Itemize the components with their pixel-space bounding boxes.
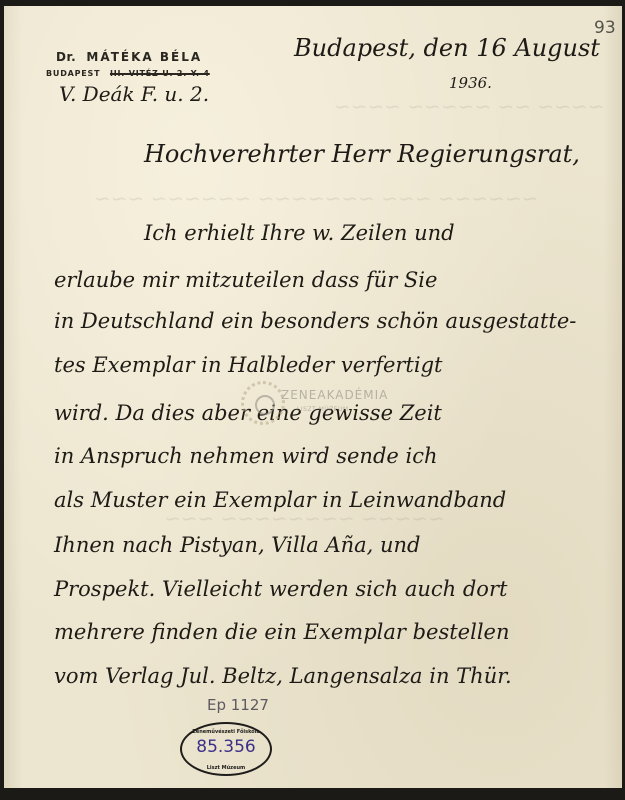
watermark-seal-icon [241,381,285,425]
salutation: Hochverehrter Herr Regierungsrat, [144,140,580,168]
watermark: ZENEAKADÉMIA LISZT MÚZEUM [241,381,401,431]
struck-address: III. VITÉZ U. 2. Y. 4 [110,69,210,78]
place-date: Budapest, den 16 August [294,34,600,62]
stamp-bottom-text: Liszt Múzeum [182,765,270,771]
body-line: als Muster ein Exemplar in Leinwandband [54,488,506,512]
handwritten-address: V. Deák F. u. 2. [59,82,209,106]
stamp-number: 85.356 [182,737,270,757]
body-line: erlaube mir mitzuteilen dass für Sie [54,268,437,292]
document-scan: ~~~~ ~~ ~~~~~ ~~~~ ~~~~~~ ~~~ ~~~~~~~ ~~… [0,0,625,800]
letterhead-name: Dr. MÁTÉKA BÉLA [56,50,202,64]
body-line: Prospekt. Vielleicht werden sich auch do… [54,577,507,601]
body-line: vom Verlag Jul. Beltz, Langensalza in Th… [54,664,512,688]
body-line: Ihnen nach Pistyan, Villa Aña, und [54,533,421,557]
stamp-top-text: Zeneművészeti Főiskola [182,729,270,735]
watermark-title: ZENEAKADÉMIA [281,388,388,402]
archive-pencil-reference: Ep 1127 [207,696,269,714]
body-line: Ich erhielt Ihre w. Zeilen und [144,221,455,245]
bleed-through-text: ~~~~~~ ~~~ ~~~~~~~ ~~~~~~ ~~~ [94,186,538,210]
archive-stamp: Zeneművészeti Főiskola 85.356 Liszt Múze… [180,722,272,776]
date-year: 1936. [449,74,492,92]
letterhead-sender-name: MÁTÉKA BÉLA [86,50,202,64]
bleed-through-text: ~~~~ ~~ ~~~~~ ~~~~ [334,94,604,118]
body-line: in Anspruch nehmen wird sende ich [54,444,438,468]
letterhead-address: BUDAPEST III. VITÉZ U. 2. Y. 4 [46,69,210,78]
body-line: in Deutschland ein besonders schön ausge… [54,309,576,333]
letterhead-city: BUDAPEST [46,69,100,78]
body-line: mehrere finden die ein Exemplar bestelle… [54,620,510,644]
letterhead-title: Dr. [56,50,76,64]
letter-paper: ~~~~ ~~ ~~~~~ ~~~~ ~~~~~~ ~~~ ~~~~~~~ ~~… [4,6,622,788]
body-line: tes Exemplar in Halbleder verfertigt [54,353,442,377]
watermark-subtitle: LISZT MÚZEUM [297,406,349,413]
